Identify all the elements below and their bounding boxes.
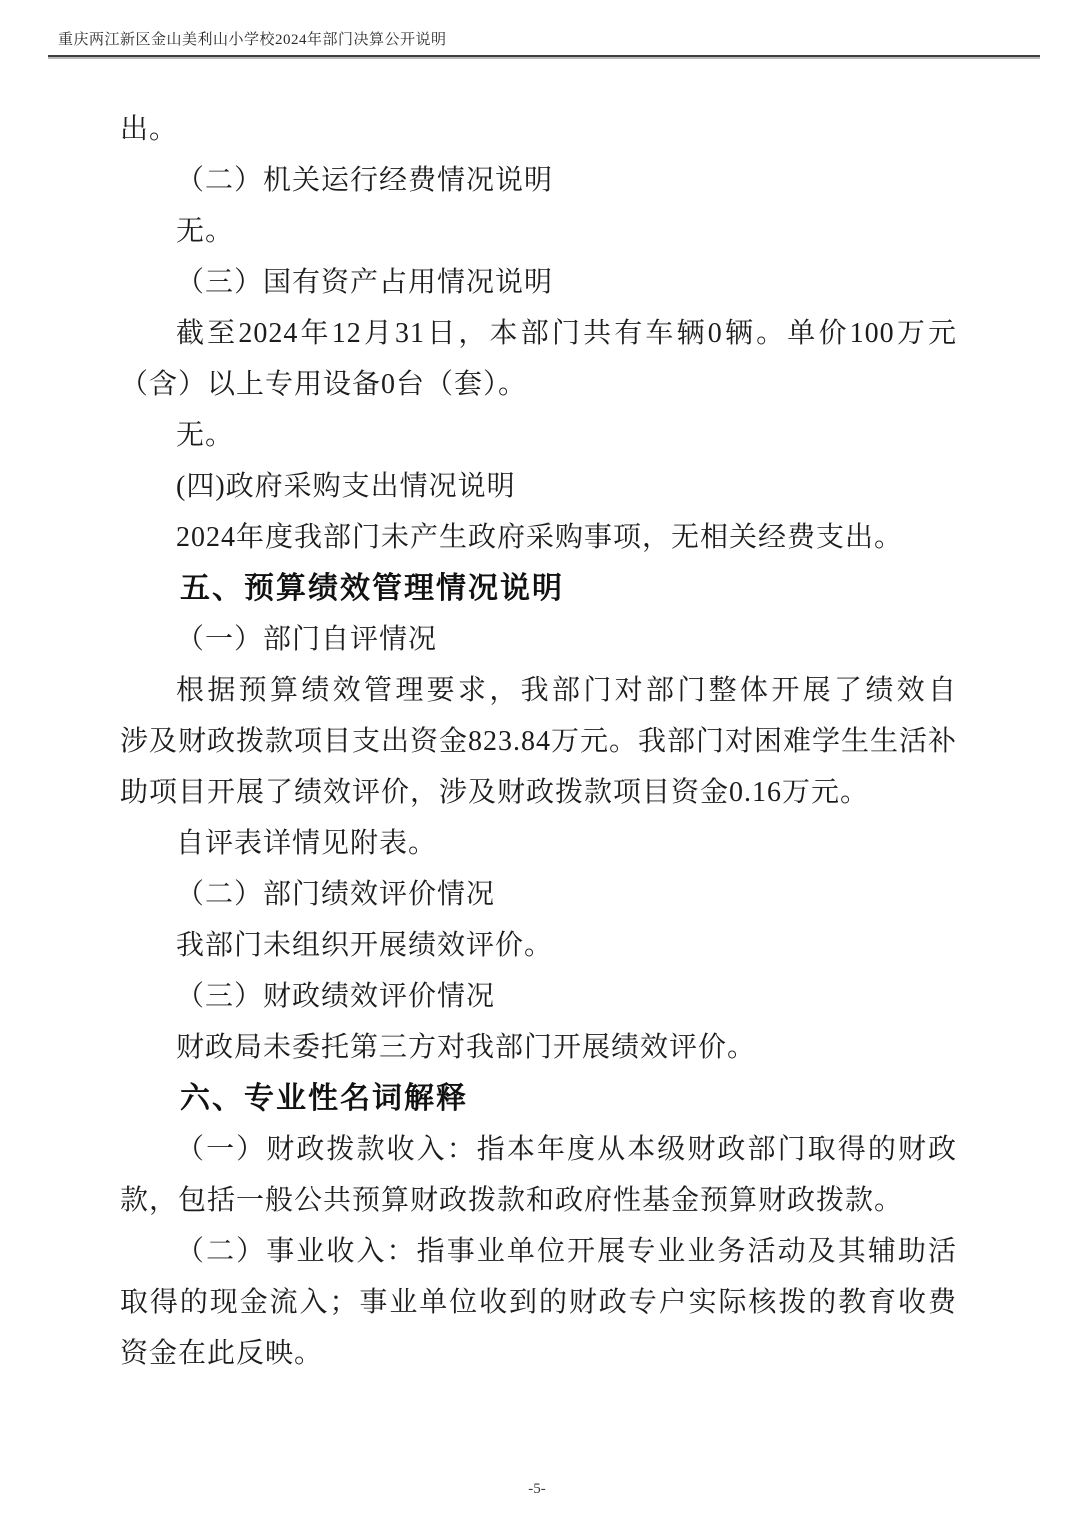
- section-subheading: （二）部门绩效评价情况: [120, 869, 957, 920]
- section-subheading: （三）国有资产占用情况说明: [120, 257, 957, 308]
- paragraph-line: 截至2024年12月31日，本部门共有车辆0辆。单价100万元: [120, 308, 957, 359]
- page-footer: -5-: [0, 1480, 1074, 1498]
- document-page: 重庆两江新区金山美利山小学校2024年部门决算公开说明 出。 （二）机关运行经费…: [0, 0, 1074, 1520]
- paragraph-line: （二）事业收入：指事业单位开展专业业务活动及其辅助活动: [120, 1226, 957, 1277]
- header-title: 重庆两江新区金山美利山小学校2024年部门决算公开说明: [48, 28, 447, 49]
- paragraph-line: （一）财政拨款收入：指本年度从本级财政部门取得的财政拨: [120, 1124, 957, 1175]
- paragraph-line: 我部门未组织开展绩效评价。: [120, 920, 957, 971]
- paragraph-line: 款，包括一般公共预算财政拨款和政府性基金预算财政拨款。: [120, 1175, 957, 1226]
- section-subheading: (四)政府采购支出情况说明: [120, 461, 957, 512]
- paragraph-line: 根据预算绩效管理要求，我部门对部门整体开展了绩效自评，: [120, 665, 957, 716]
- section-heading: 六、专业性名词解释: [120, 1073, 957, 1124]
- page-header: 重庆两江新区金山美利山小学校2024年部门决算公开说明: [48, 28, 1040, 57]
- paragraph-line: 出。: [120, 104, 957, 155]
- paragraph-line: 资金在此反映。: [120, 1328, 957, 1379]
- page-number: -5-: [528, 1481, 546, 1497]
- paragraph-line: 财政局未委托第三方对我部门开展绩效评价。: [120, 1022, 957, 1073]
- paragraph-line: 助项目开展了绩效评价，涉及财政拨款项目资金0.16万元。: [120, 767, 957, 818]
- paragraph-line: 自评表详情见附表。: [120, 818, 957, 869]
- paragraph-line: 2024年度我部门未产生政府采购事项，无相关经费支出。: [120, 512, 957, 563]
- paragraph-line: 取得的现金流入；事业单位收到的财政专户实际核拨的教育收费等: [120, 1277, 957, 1328]
- section-subheading: （一）部门自评情况: [120, 614, 957, 665]
- section-subheading: （二）机关运行经费情况说明: [120, 155, 957, 206]
- document-body: 出。 （二）机关运行经费情况说明 无。 （三）国有资产占用情况说明 截至2024…: [120, 104, 957, 1379]
- section-subheading: （三）财政绩效评价情况: [120, 971, 957, 1022]
- paragraph-line: 涉及财政拨款项目支出资金823.84万元。我部门对困难学生生活补: [120, 716, 957, 767]
- section-heading: 五、预算绩效管理情况说明: [120, 563, 957, 614]
- paragraph-line: 无。: [120, 206, 957, 257]
- paragraph-line: （含）以上专用设备0台（套）。: [120, 359, 957, 410]
- paragraph-line: 无。: [120, 410, 957, 461]
